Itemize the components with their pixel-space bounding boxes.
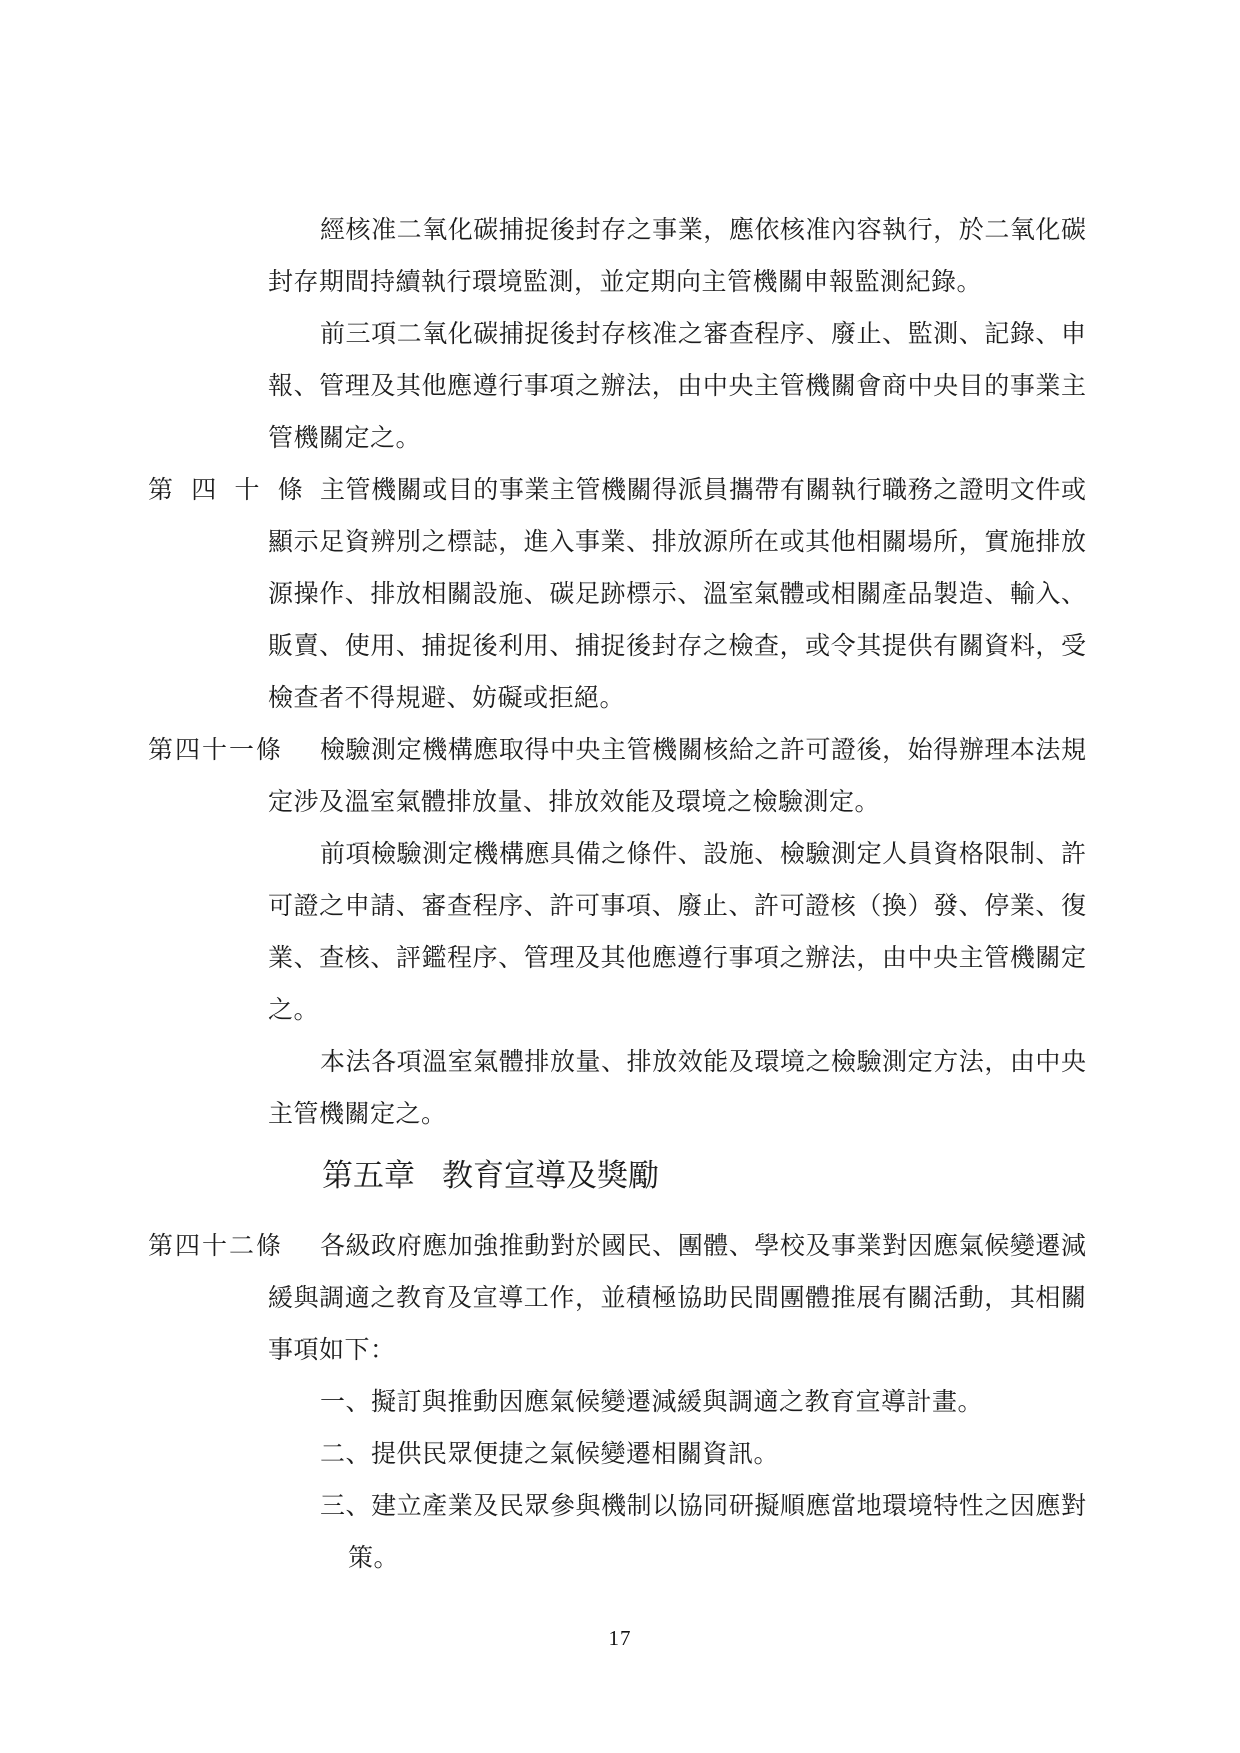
text-line: 事項如下：: [268, 1336, 396, 1366]
chapter-title: 教育宣導及獎勵: [442, 1158, 659, 1193]
text-line: 緩與調適之教育及宣導工作，並積極協助民間團體推展有關活動，其相關: [268, 1284, 1086, 1314]
text-line: 前三項二氧化碳捕捉後封存核准之審查程序、廢止、監測、記錄、申: [320, 320, 1086, 350]
document-page: 經核准二氧化碳捕捉後封存之事業，應依核准內容執行，於二氧化碳 封存期間持續執行環…: [0, 0, 1240, 1753]
chapter-number: 第五章: [322, 1158, 415, 1193]
list-item: 二、提供民眾便捷之氣候變遷相關資訊。: [320, 1440, 779, 1470]
text-line: 主管機關定之。: [268, 1100, 447, 1130]
text-line: 顯示足資辨別之標誌，進入事業、排放源所在或其他相關場所，實施排放: [268, 528, 1086, 558]
text-line: 源操作、排放相關設施、碳足跡標示、溫室氣體或相關產品製造、輸入、: [268, 580, 1086, 610]
page-number: 17: [0, 1626, 1240, 1651]
text-line: 報、管理及其他應遵行事項之辦法，由中央主管機關會商中央目的事業主: [268, 372, 1086, 402]
text-line: 本法各項溫室氣體排放量、排放效能及環境之檢驗測定方法，由中央: [320, 1048, 1086, 1078]
list-item: 一、擬訂與推動因應氣候變遷減緩與調適之教育宣導計畫。: [320, 1388, 983, 1418]
text-line: 前項檢驗測定機構應具備之條件、設施、檢驗測定人員資格限制、許: [320, 840, 1086, 870]
text-line: 業、查核、評鑑程序、管理及其他應遵行事項之辦法，由中央主管機關定: [268, 944, 1086, 974]
text-line: 定涉及溫室氣體排放量、排放效能及環境之檢驗測定。: [268, 788, 880, 818]
text-line: 經核准二氧化碳捕捉後封存之事業，應依核准內容執行，於二氧化碳: [320, 216, 1086, 246]
text-line: 檢驗測定機構應取得中央主管機關核給之許可證後，始得辦理本法規: [320, 736, 1086, 766]
article-40-label: 第 四 十 條: [148, 476, 309, 506]
chapter-heading: 第五章教育宣導及獎勵: [322, 1158, 659, 1194]
list-item-continuation: 策。: [348, 1544, 399, 1574]
text-line: 管機關定之。: [268, 424, 421, 454]
text-line: 之。: [268, 996, 319, 1026]
text-line: 封存期間持續執行環境監測，並定期向主管機關申報監測紀錄。: [268, 268, 982, 298]
text-line: 主管機關或目的事業主管機關得派員攜帶有關執行職務之證明文件或: [320, 476, 1086, 506]
text-line: 可證之申請、審查程序、許可事項、廢止、許可證核（換）發、停業、復: [268, 892, 1086, 922]
text-line: 販賣、使用、捕捉後利用、捕捉後封存之檢查，或令其提供有關資料，受: [268, 632, 1086, 662]
list-item: 三、建立產業及民眾參與機制以協同研擬順應當地環境特性之因應對: [320, 1492, 1086, 1522]
text-line: 各級政府應加強推動對於國民、團體、學校及事業對因應氣候變遷減: [320, 1232, 1086, 1262]
text-line: 檢查者不得規避、妨礙或拒絕。: [268, 684, 625, 714]
article-41-label: 第四十一條: [148, 736, 283, 766]
article-42-label: 第四十二條: [148, 1232, 283, 1262]
